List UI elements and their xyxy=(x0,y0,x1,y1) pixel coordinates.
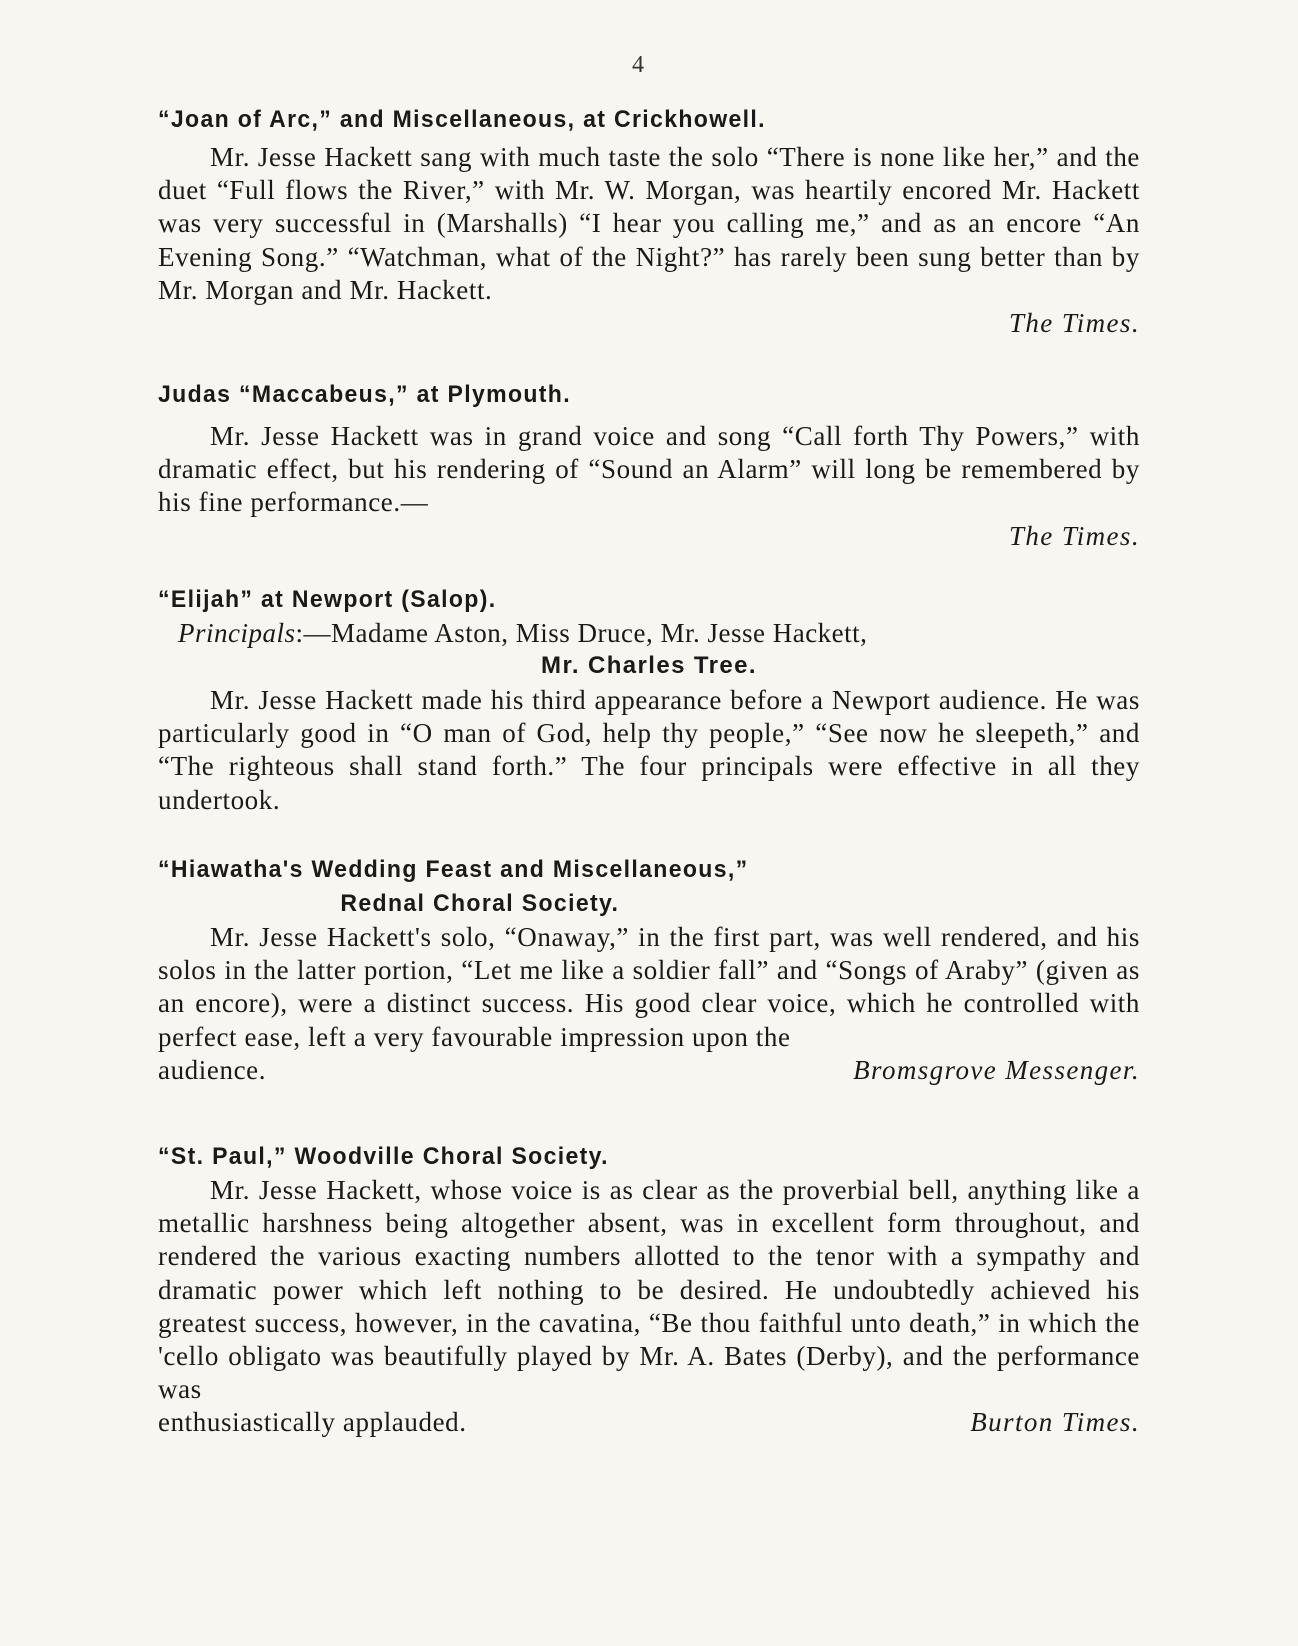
section-heading: “Hiawatha's Wedding Feast and Miscellane… xyxy=(158,853,1101,887)
closing-line: audience. Bromsgrove Messenger. xyxy=(158,1054,1140,1087)
section-heading: “Elijah” at Newport (Salop). xyxy=(158,583,1101,617)
review-body: Mr. Jesse Hackett's solo, “Onaway,” in t… xyxy=(158,921,1140,1054)
source-citation: Bromsgrove Messenger. xyxy=(853,1054,1140,1087)
closing-line: enthusiastically applauded. Burton Times… xyxy=(158,1406,1140,1439)
review-elijah: “Elijah” at Newport (Salop). Principals:… xyxy=(158,583,1140,817)
review-judas-maccabeus: Judas “Maccabeus,” at Plymouth. Mr. Jess… xyxy=(158,378,1140,553)
review-body: Mr. Jesse Hackett sang with much taste t… xyxy=(158,141,1140,307)
source-citation: The Times. xyxy=(158,520,1140,553)
section-heading: Judas “Maccabeus,” at Plymouth. xyxy=(158,378,1101,412)
principals-tail: Mr. Charles Tree. xyxy=(158,650,1140,682)
section-subheading: Rednal Choral Society. xyxy=(158,887,1101,921)
section-heading: “Joan of Arc,” and Miscellaneous, at Cri… xyxy=(158,103,1101,137)
review-st-paul: “St. Paul,” Woodville Choral Society. Mr… xyxy=(158,1140,1140,1439)
source-citation: Burton Times. xyxy=(970,1406,1140,1439)
review-joan-of-arc: “Joan of Arc,” and Miscellaneous, at Cri… xyxy=(158,103,1140,340)
review-hiawatha: “Hiawatha's Wedding Feast and Miscellane… xyxy=(158,853,1140,1087)
principals-line: Principals:—Madame Aston, Miss Druce, Mr… xyxy=(158,617,1140,650)
source-citation: The Times. xyxy=(158,307,1140,340)
review-body: Mr. Jesse Hackett made his third appeara… xyxy=(158,684,1140,817)
review-body: Mr. Jesse Hackett was in grand voice and… xyxy=(158,420,1140,520)
review-body: Mr. Jesse Hackett, whose voice is as cle… xyxy=(158,1174,1140,1406)
principals-label: Principals xyxy=(178,618,296,648)
page-number: 4 xyxy=(0,52,1276,79)
section-heading: “St. Paul,” Woodville Choral Society. xyxy=(158,1140,1101,1174)
document-page: 4 “Joan of Arc,” and Miscellaneous, at C… xyxy=(0,0,1298,1646)
